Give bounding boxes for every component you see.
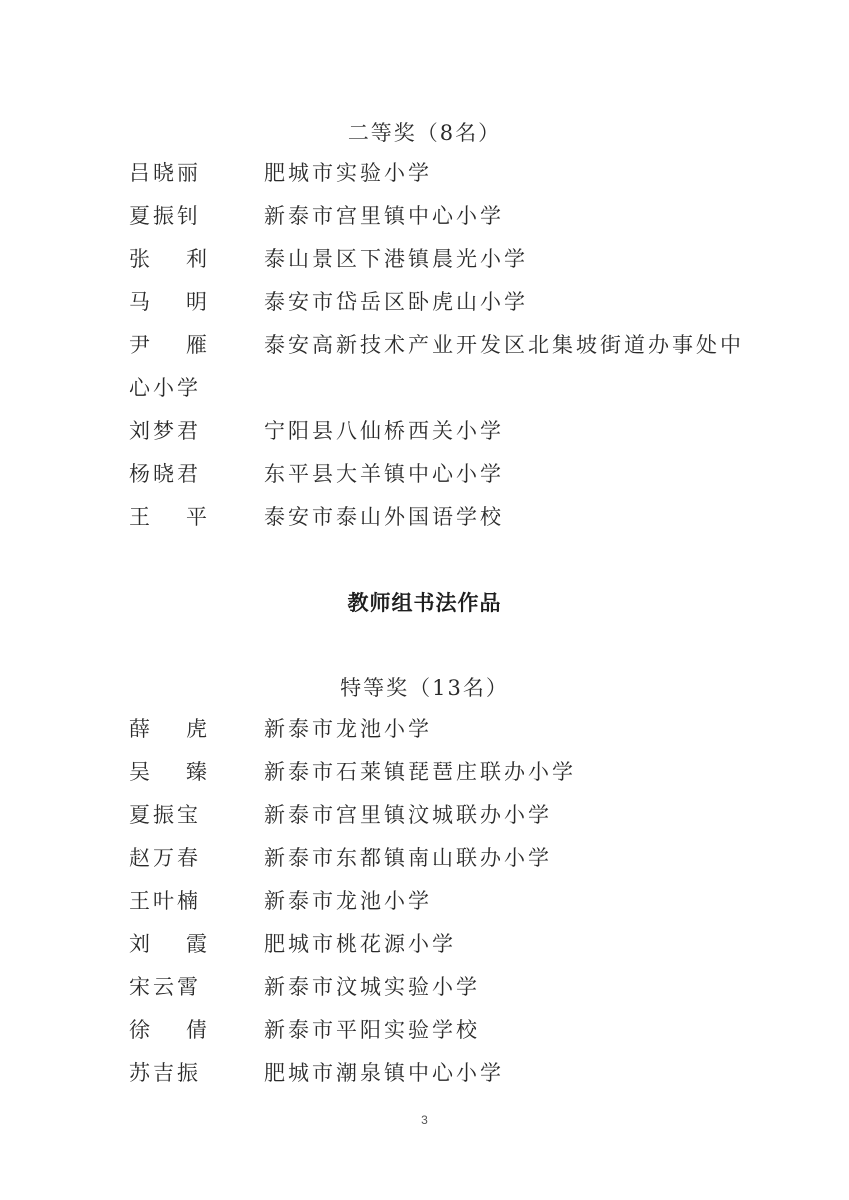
winner-school: 肥城市潮泉镇中心小学 [264, 1057, 504, 1087]
winner-school: 宁阳县八仙桥西关小学 [264, 415, 504, 445]
winner-school: 新泰市汶城实验小学 [264, 971, 480, 1001]
winner-school: 新泰市宫里镇中心小学 [264, 200, 504, 230]
winner-name: 吴臻 [129, 756, 199, 786]
winner-name: 刘霞 [129, 928, 199, 958]
winner-school: 东平县大羊镇中心小学 [264, 458, 504, 488]
winner-school: 新泰市石莱镇琵琶庄联办小学 [264, 756, 576, 786]
winner-school: 新泰市龙池小学 [264, 713, 432, 743]
winner-name: 王平 [129, 501, 199, 531]
winner-school: 泰安高新技术产业开发区北集坡街道办事处中 [264, 329, 744, 359]
award-heading-second-prize: 二等奖（8名） [0, 117, 849, 147]
winner-name: 尹雁 [129, 329, 199, 359]
winner-school: 肥城市实验小学 [264, 157, 432, 187]
winner-name: 夏振宝 [129, 799, 199, 829]
winner-name: 苏吉振 [129, 1057, 199, 1087]
winner-name: 宋云霄 [129, 971, 199, 1001]
winner-name: 杨晓君 [129, 458, 199, 488]
school-continuation: 心小学 [129, 372, 249, 402]
winner-school: 新泰市东都镇南山联办小学 [264, 842, 552, 872]
page-number: 3 [0, 1113, 849, 1127]
winner-school: 新泰市平阳实验学校 [264, 1014, 480, 1044]
winner-school: 泰安市岱岳区卧虎山小学 [264, 286, 528, 316]
winner-name: 马明 [129, 286, 199, 316]
winner-school: 新泰市宫里镇汶城联办小学 [264, 799, 552, 829]
winner-name: 徐倩 [129, 1014, 199, 1044]
section-title: 教师组书法作品 [0, 587, 849, 617]
award-heading-special-prize: 特等奖（13名） [0, 672, 849, 702]
winner-name: 薛虎 [129, 713, 199, 743]
winner-school: 肥城市桃花源小学 [264, 928, 456, 958]
winner-school: 新泰市龙池小学 [264, 885, 432, 915]
winner-name: 刘梦君 [129, 415, 199, 445]
winner-name: 吕晓丽 [129, 157, 199, 187]
winner-school: 泰安市泰山外国语学校 [264, 501, 504, 531]
winner-school: 泰山景区下港镇晨光小学 [264, 243, 528, 273]
winner-name: 王叶楠 [129, 885, 199, 915]
winner-name: 张利 [129, 243, 199, 273]
winner-name: 赵万春 [129, 842, 199, 872]
winner-name: 夏振钊 [129, 200, 199, 230]
